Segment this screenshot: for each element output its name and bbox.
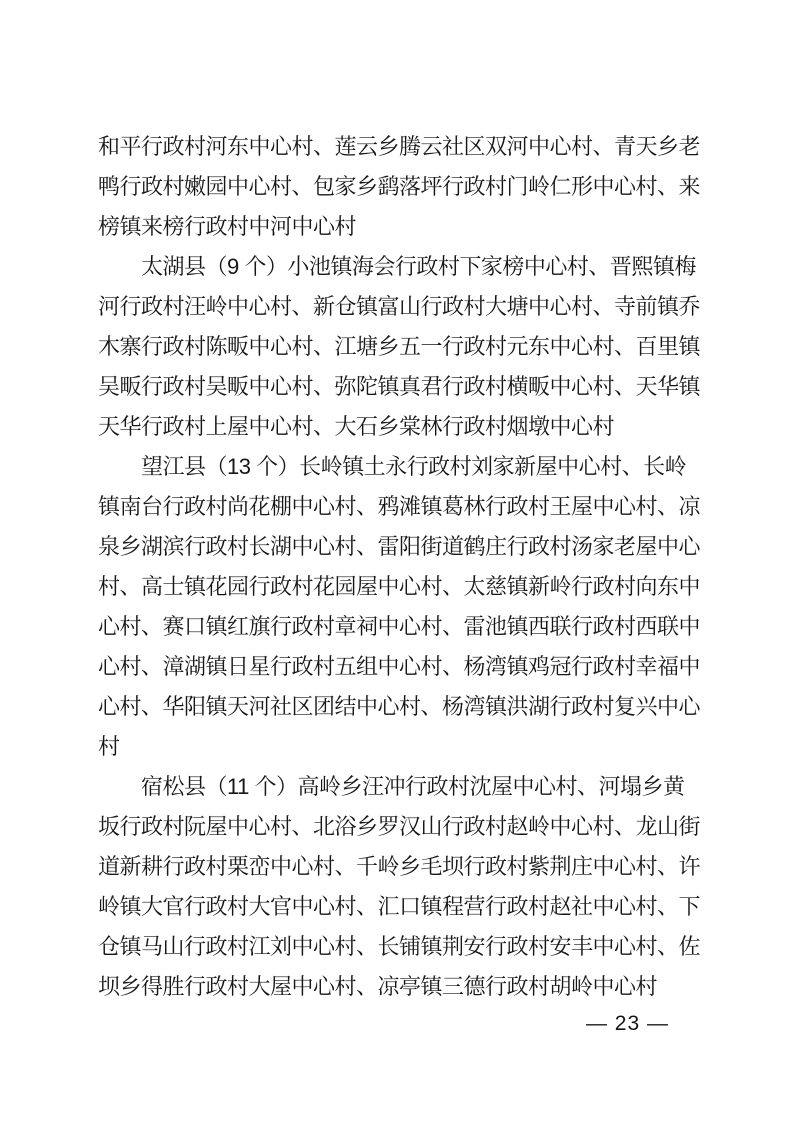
text-line: 泉乡湖滨行政村长湖中心村、雷阳街道鹤庄行政村汤家老屋中心	[98, 527, 704, 567]
text-line: 和平行政村河东中心村、莲云乡腾云社区双河中心村、青天乡老	[98, 127, 704, 167]
text-line: 坝乡得胜行政村大屋中心村、凉亭镇三德行政村胡岭中心村	[98, 967, 704, 1007]
text-line: 心村、华阳镇天河社区团结中心村、杨湾镇洪湖行政村复兴中心	[98, 687, 704, 727]
text-line: 村、高士镇花园行政村花园屋中心村、太慈镇新岭行政村向东中	[98, 567, 704, 607]
text-line: 鸭行政村嫩园中心村、包家乡鹞落坪行政村门岭仁形中心村、来	[98, 167, 704, 207]
text-line: 宿松县（11 个）高岭乡汪冲行政村沈屋中心村、河塌乡黄	[98, 767, 704, 807]
text-line: 镇南台行政村尚花棚中心村、鸦滩镇葛林行政村王屋中心村、凉	[98, 487, 704, 527]
text-line: 太湖县（9 个）小池镇海会行政村下家榜中心村、晋熙镇梅	[98, 247, 704, 287]
text-line: 望江县（13 个）长岭镇土永行政村刘家新屋中心村、长岭	[98, 447, 704, 487]
document-page: 和平行政村河东中心村、莲云乡腾云社区双河中心村、青天乡老鸭行政村嫩园中心村、包家…	[0, 0, 793, 1122]
text-line: 心村、漳湖镇日星行政村五组中心村、杨湾镇鸡冠行政村幸福中	[98, 647, 704, 687]
text-line: 河行政村汪岭中心村、新仓镇富山行政村大塘中心村、寺前镇乔	[98, 287, 704, 327]
page-number: — 23 —	[586, 1010, 669, 1038]
text-line: 岭镇大官行政村大官中心村、汇口镇程营行政村赵社中心村、下	[98, 887, 704, 927]
text-line: 木寨行政村陈畈中心村、江塘乡五一行政村元东中心村、百里镇	[98, 327, 704, 367]
text-line: 榜镇来榜行政村中河中心村	[98, 207, 704, 247]
text-line: 天华行政村上屋中心村、大石乡棠林行政村烟墩中心村	[98, 407, 704, 447]
text-line: 村	[98, 727, 704, 767]
text-line: 心村、赛口镇红旗行政村章祠中心村、雷池镇西联行政村西联中	[98, 607, 704, 647]
text-line: 道新耕行政村栗峦中心村、千岭乡毛坝行政村紫荆庄中心村、许	[98, 847, 704, 887]
text-line: 吴畈行政村吴畈中心村、弥陀镇真君行政村横畈中心村、天华镇	[98, 367, 704, 407]
text-line: 仓镇马山行政村江刘中心村、长铺镇荆安行政村安丰中心村、佐	[98, 927, 704, 967]
text-line: 坂行政村阮屋中心村、北浴乡罗汉山行政村赵岭中心村、龙山街	[98, 807, 704, 847]
document-body: 和平行政村河东中心村、莲云乡腾云社区双河中心村、青天乡老鸭行政村嫩园中心村、包家…	[98, 127, 704, 1007]
